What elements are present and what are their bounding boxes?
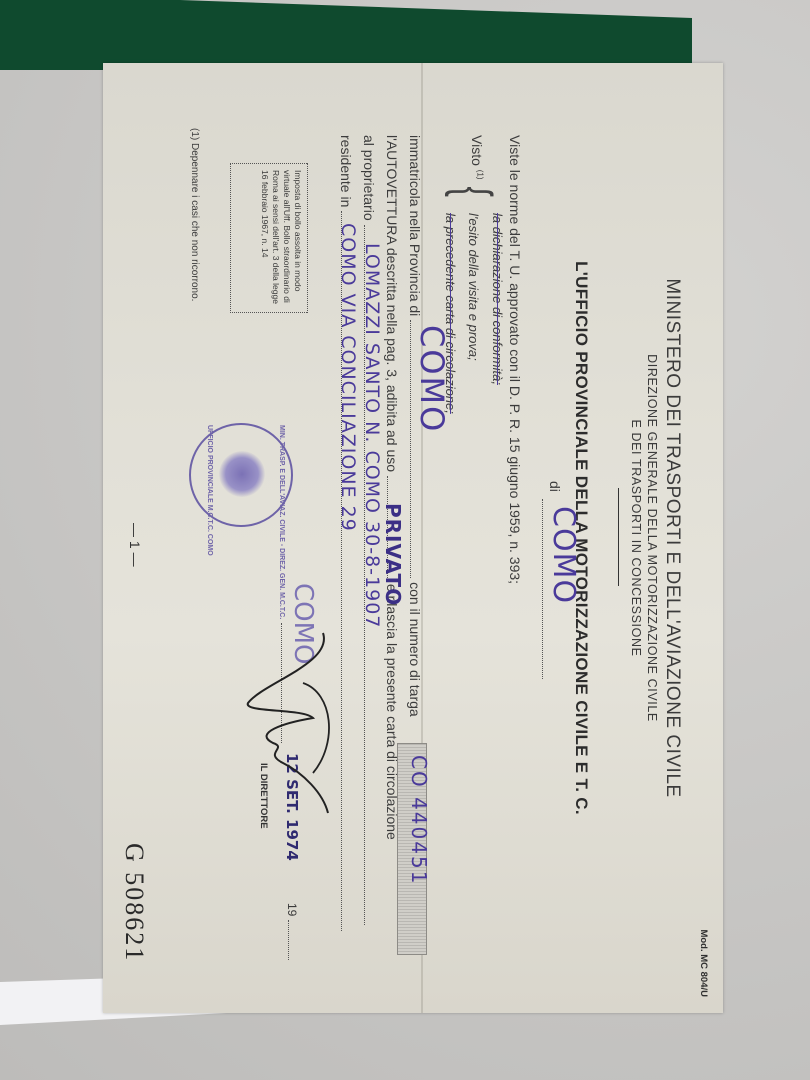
- visto-footnote-marker: (1): [476, 170, 485, 180]
- year-field: [288, 920, 289, 960]
- signature-icon: [233, 623, 343, 823]
- seal-outer-text: MIN. TRASP. E DELL'AVIAZ. CIVILE - DIREZ…: [278, 425, 285, 525]
- footnote: (1) Depennare i casi che non ricorrono.: [189, 128, 200, 301]
- official-seal-icon: MIN. TRASP. E DELL'AVIAZ. CIVILE - DIREZ…: [189, 423, 293, 527]
- ministry-title: MINISTERO DEI TRASPORTI E DELL'AVIAZIONE…: [661, 63, 683, 1013]
- stamp-duty-box: Imposta di bollo assolta in modo virtual…: [230, 163, 308, 313]
- rilascia-text: e rilascia la presente carta di circolaz…: [384, 584, 400, 840]
- immatricola-value: COMO: [413, 325, 451, 433]
- residente-value: COMO VIA CONCILIAZIONE 29: [337, 223, 359, 532]
- seal-inner-text: UFFICIO PROVINCIALE M.C.T.C. COMO: [206, 425, 213, 525]
- registration-document-page: Mod. MC 804/U MINISTERO DEI TRASPORTI E …: [103, 63, 723, 1013]
- page-number: — 1 —: [127, 523, 143, 567]
- header-divider: [618, 488, 619, 586]
- proprietario-text: al proprietario: [361, 135, 377, 221]
- proprietario-value: LOMAZZI SANTO N. COMO 30-8-1907: [361, 243, 383, 628]
- year-prefix-text: 19: [285, 903, 299, 916]
- seal-emblem-icon: [219, 451, 265, 497]
- trasporti-subtitle: E DEI TRASPORTI IN CONCESSIONE: [629, 63, 643, 1013]
- targa-value: CO 440451: [407, 755, 431, 885]
- autovettura-text: l'AUTOVETTURA descritta nella pag. 3, ad…: [384, 135, 400, 472]
- uso-value: PRIVATO: [381, 503, 405, 606]
- curly-brace-icon: {: [443, 186, 503, 196]
- office-di-value: COMO: [546, 506, 581, 604]
- immatricola-text: immatricola nella Provincia di: [407, 135, 423, 316]
- visto-label: Visto (1): [469, 135, 485, 180]
- visto-item-conformita: la dichiarazione di conformità;: [490, 213, 505, 385]
- immatricola-field: [410, 320, 411, 578]
- office-di-label: di: [547, 481, 563, 492]
- visto-item-visita: l'esito della visita e prova;: [466, 213, 481, 361]
- targa-text: con il numero di targa: [407, 582, 423, 717]
- model-number: Mod. MC 804/U: [698, 929, 709, 997]
- year-prefix: 19: [285, 903, 299, 960]
- legal-reference-line: Viste le norme del T. U. approvato con i…: [507, 135, 523, 584]
- autovettura-line: l'AUTOVETTURA descritta nella pag. 3, ad…: [384, 135, 400, 840]
- visto-text: Visto: [469, 135, 485, 166]
- serial-number: G 508621: [119, 843, 149, 962]
- residente-text: residente in: [338, 135, 354, 207]
- direzione-subtitle: DIREZIONE GENERALE DELLA MOTORIZZAZIONE …: [645, 63, 659, 1013]
